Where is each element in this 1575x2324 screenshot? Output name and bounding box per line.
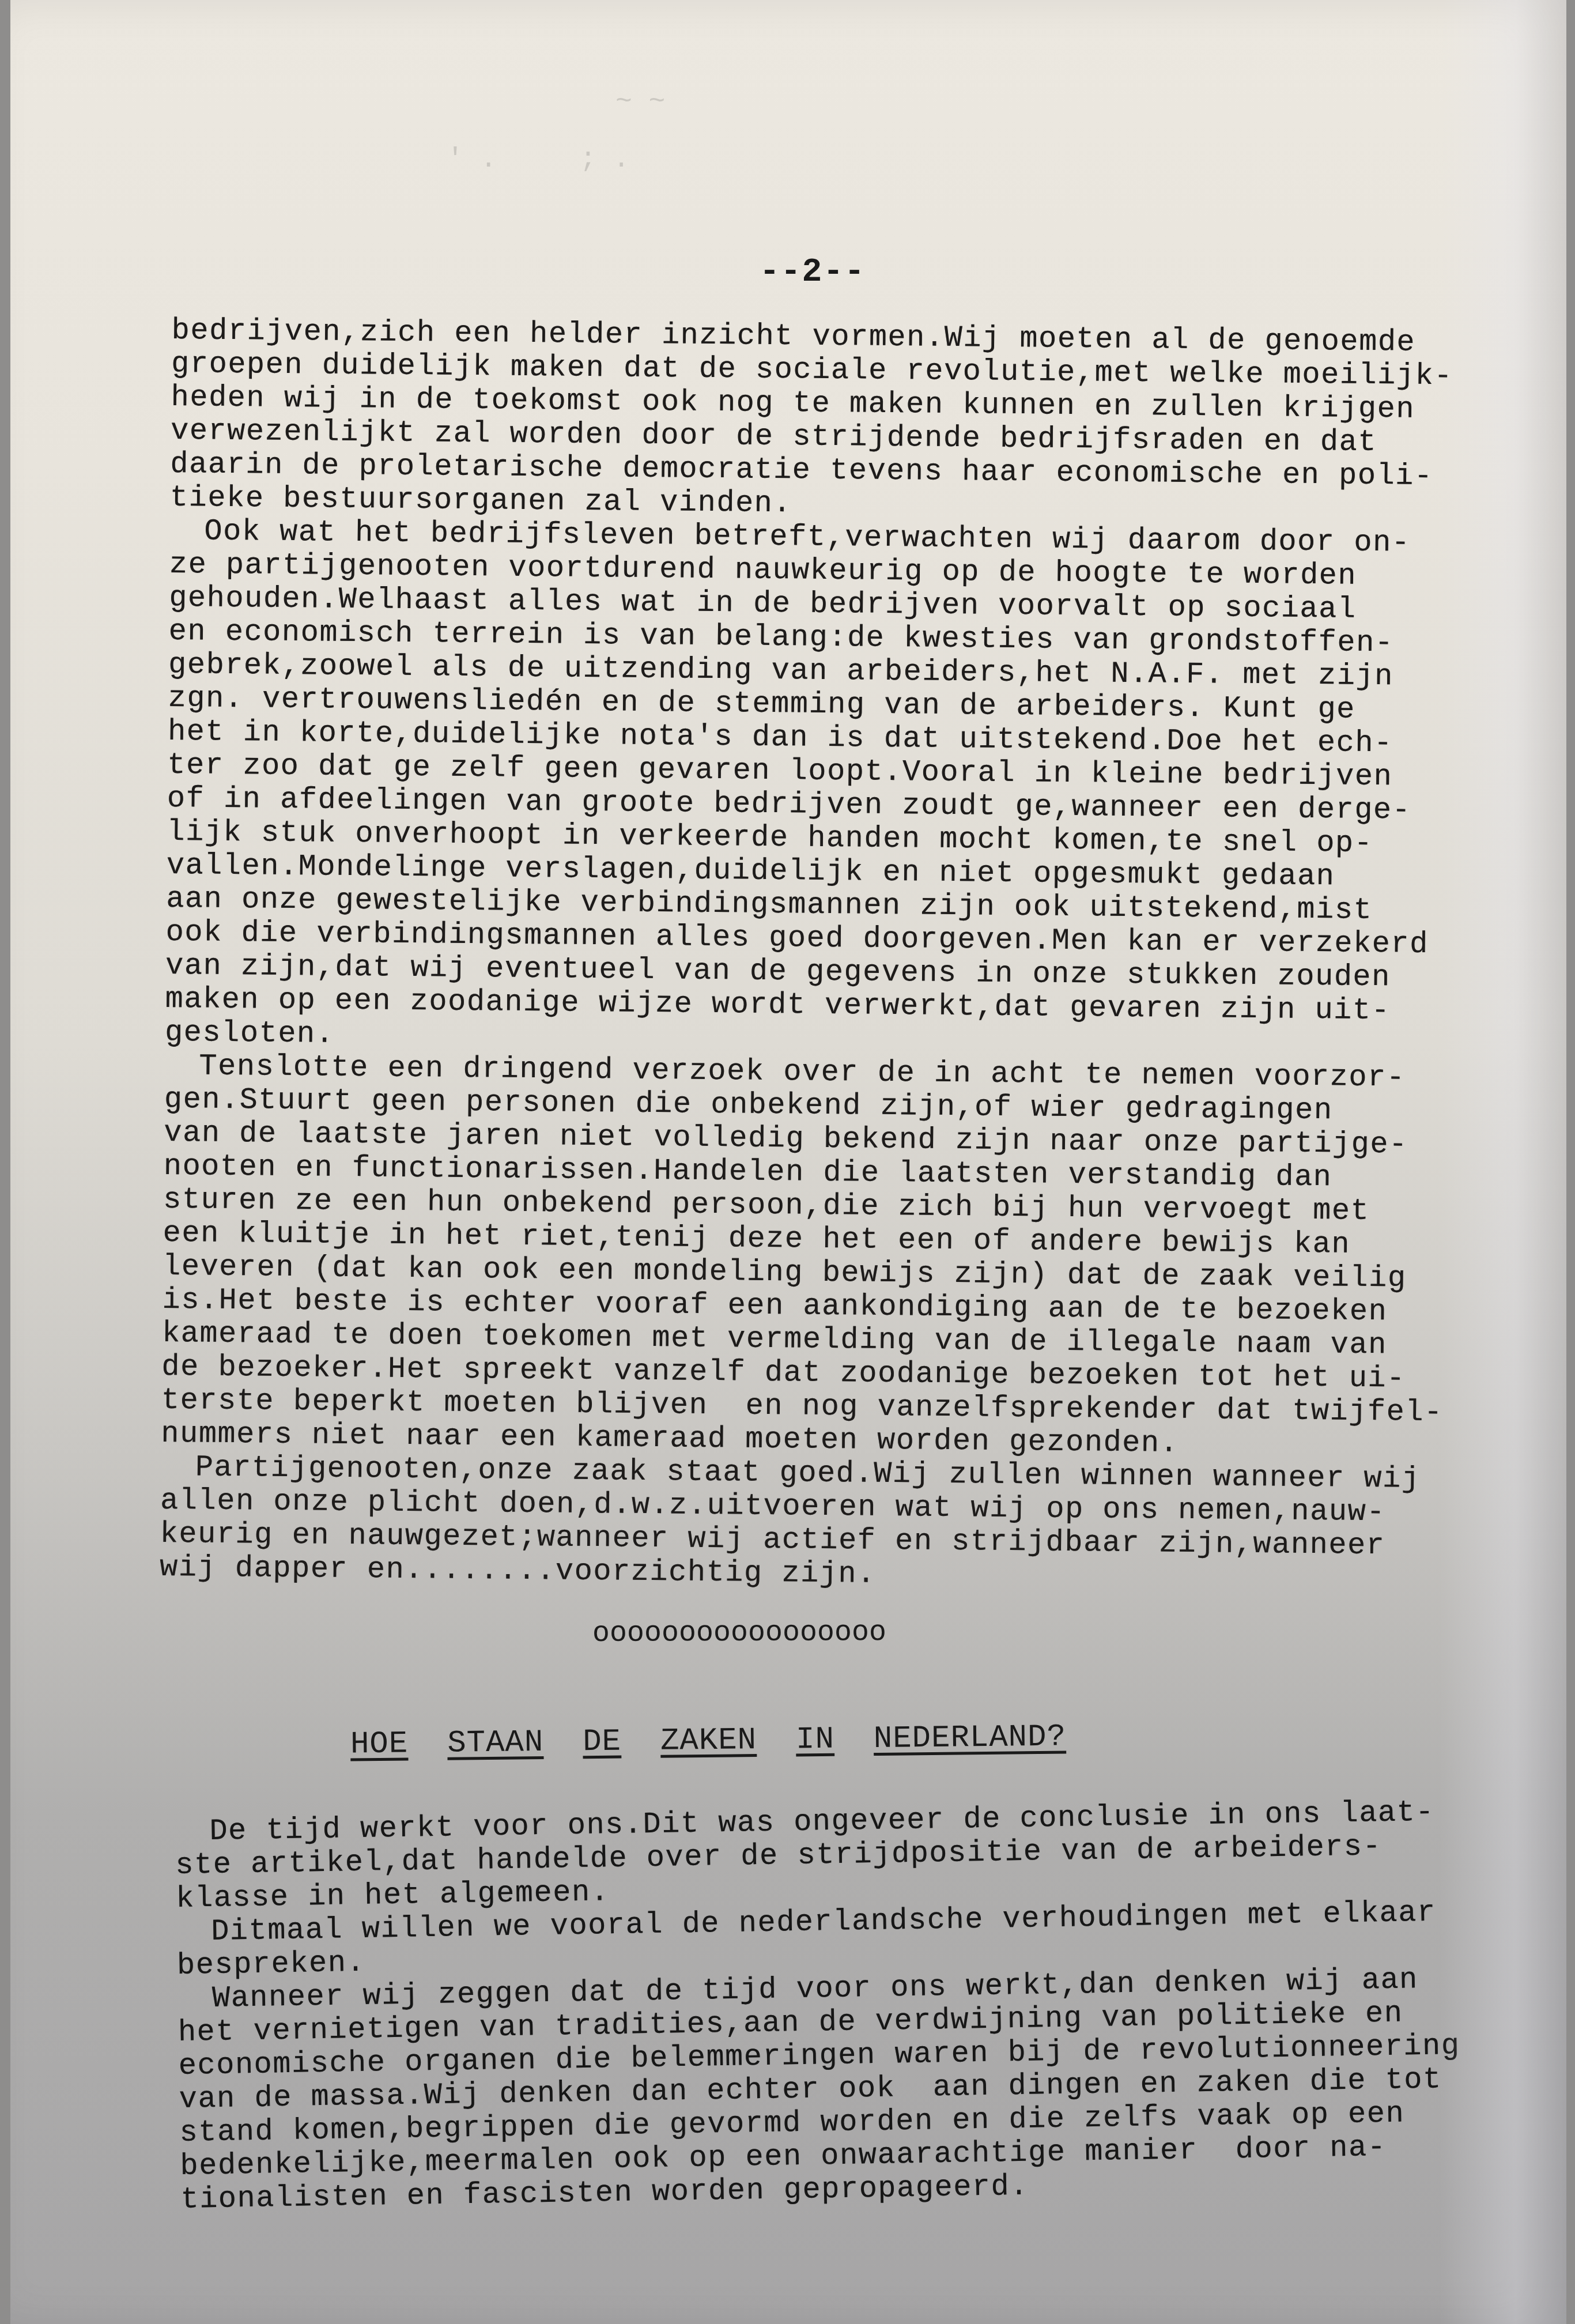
heading-word: STAAN: [447, 1725, 544, 1761]
body-section-1: bedrijven,zich een helder inzicht vormen…: [160, 314, 1514, 1597]
page-number: --2--: [760, 254, 866, 291]
heading-word: ZAKEN: [660, 1723, 757, 1759]
typewritten-page: ~ ~ ' . ; . --2-- bedrijven,zich een hel…: [10, 0, 1566, 2324]
section-heading: HOESTAANDEZAKENINNEDERLAND?: [350, 1719, 1067, 1762]
heading-word: IN: [796, 1722, 834, 1758]
heading-word: HOE: [350, 1726, 409, 1762]
bleed-through-text: ~ ~: [615, 86, 665, 118]
heading-word: NEDERLAND?: [874, 1719, 1067, 1756]
bleed-through-text: ' . ; .: [414, 144, 629, 175]
section-separator: ooooooooooooooooo: [592, 1616, 886, 1650]
heading-word: DE: [583, 1725, 621, 1760]
body-section-2: De tijd werkt voor ons.Dit was ongeveer …: [175, 1794, 1524, 2217]
